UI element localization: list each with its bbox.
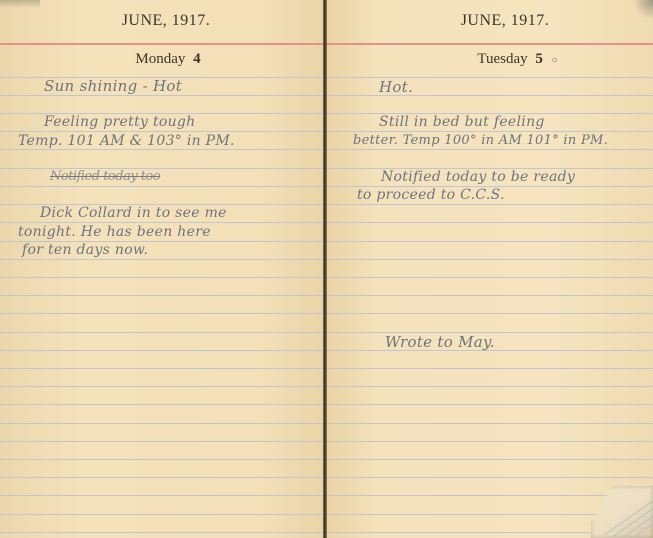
ruled-line bbox=[327, 222, 653, 223]
ruled-line bbox=[0, 404, 324, 405]
ruled-line bbox=[327, 423, 653, 424]
ruled-line bbox=[0, 350, 324, 351]
ruled-line bbox=[327, 277, 653, 278]
ruled-line bbox=[0, 259, 324, 260]
ruled-line bbox=[327, 441, 653, 442]
diary-entry-line: Feeling pretty tough bbox=[44, 114, 196, 130]
month-header: JUNE, 1917. bbox=[327, 12, 653, 30]
left-page: JUNE, 1917. Monday 4 Sun shining - Hot F… bbox=[0, 0, 324, 538]
ruled-line bbox=[327, 386, 653, 387]
month-header: JUNE, 1917. bbox=[0, 12, 324, 30]
ruled-line bbox=[0, 95, 324, 96]
ruled-line bbox=[0, 459, 324, 460]
ruled-line bbox=[327, 204, 653, 205]
ruled-line bbox=[0, 168, 324, 169]
ruled-line bbox=[0, 332, 324, 333]
ruled-line bbox=[0, 495, 324, 496]
ruled-line bbox=[0, 313, 324, 314]
day-header: Tuesday 5 ○ bbox=[327, 51, 653, 68]
ruled-line bbox=[327, 495, 653, 496]
day-number: 5 bbox=[535, 51, 543, 67]
ruled-line bbox=[327, 295, 653, 296]
diary-entry-line: Temp. 101 AM & 103° in PM. bbox=[18, 133, 235, 149]
ruled-line bbox=[327, 313, 653, 314]
diary-entry-line: better. Temp 100° in AM 101° in PM. bbox=[353, 133, 608, 148]
ruled-line bbox=[327, 477, 653, 478]
ruled-line bbox=[0, 532, 324, 533]
header-red-rule bbox=[327, 43, 653, 45]
diary-spread: JUNE, 1917. Monday 4 Sun shining - Hot F… bbox=[0, 0, 653, 538]
diary-entry-line: Still in bed but feeling bbox=[379, 114, 545, 130]
ruled-line bbox=[327, 404, 653, 405]
dog-eared-corner bbox=[591, 486, 653, 538]
ruled-line bbox=[327, 131, 653, 132]
ruled-line bbox=[0, 149, 324, 150]
right-page: JUNE, 1917. Tuesday 5 ○ Hot. Still in be… bbox=[327, 0, 653, 538]
ruled-line bbox=[0, 386, 324, 387]
ruled-line bbox=[327, 241, 653, 242]
ruled-line bbox=[0, 441, 324, 442]
ruled-line bbox=[0, 131, 324, 132]
ruled-line bbox=[327, 459, 653, 460]
ruled-line bbox=[0, 477, 324, 478]
diary-entry-line: to proceed to C.C.S. bbox=[357, 187, 505, 203]
ruled-line bbox=[0, 277, 324, 278]
ruled-line bbox=[327, 149, 653, 150]
diary-entry-line: Dick Collard in to see me bbox=[40, 205, 227, 221]
diary-entry-line: tonight. He has been here bbox=[18, 224, 211, 240]
ruled-line bbox=[0, 222, 324, 223]
diary-entry-line: for ten days now. bbox=[22, 242, 148, 258]
ruled-line bbox=[0, 423, 324, 424]
diary-entry-line-struck: Notified today too bbox=[50, 169, 160, 184]
day-number: 4 bbox=[193, 51, 201, 67]
ruled-line bbox=[0, 186, 324, 187]
day-name: Tuesday bbox=[477, 51, 527, 67]
ruled-line bbox=[0, 514, 324, 515]
ruled-line bbox=[327, 95, 653, 96]
day-header: Monday 4 bbox=[0, 51, 324, 68]
page-corner-shadow bbox=[0, 0, 40, 8]
ruled-line bbox=[0, 368, 324, 369]
ruled-line bbox=[327, 77, 653, 78]
ruled-line bbox=[327, 368, 653, 369]
moon-phase-icon: ○ bbox=[552, 55, 558, 66]
diary-entry-line: Hot. bbox=[379, 78, 413, 96]
diary-entry-line: Notified today to be ready bbox=[381, 169, 575, 185]
day-name: Monday bbox=[135, 51, 185, 67]
header-red-rule bbox=[0, 43, 324, 45]
diary-entry-line: Wrote to May. bbox=[385, 333, 495, 351]
diary-entry-line: Sun shining - Hot bbox=[44, 77, 182, 95]
ruled-line bbox=[327, 259, 653, 260]
ruled-line bbox=[0, 295, 324, 296]
